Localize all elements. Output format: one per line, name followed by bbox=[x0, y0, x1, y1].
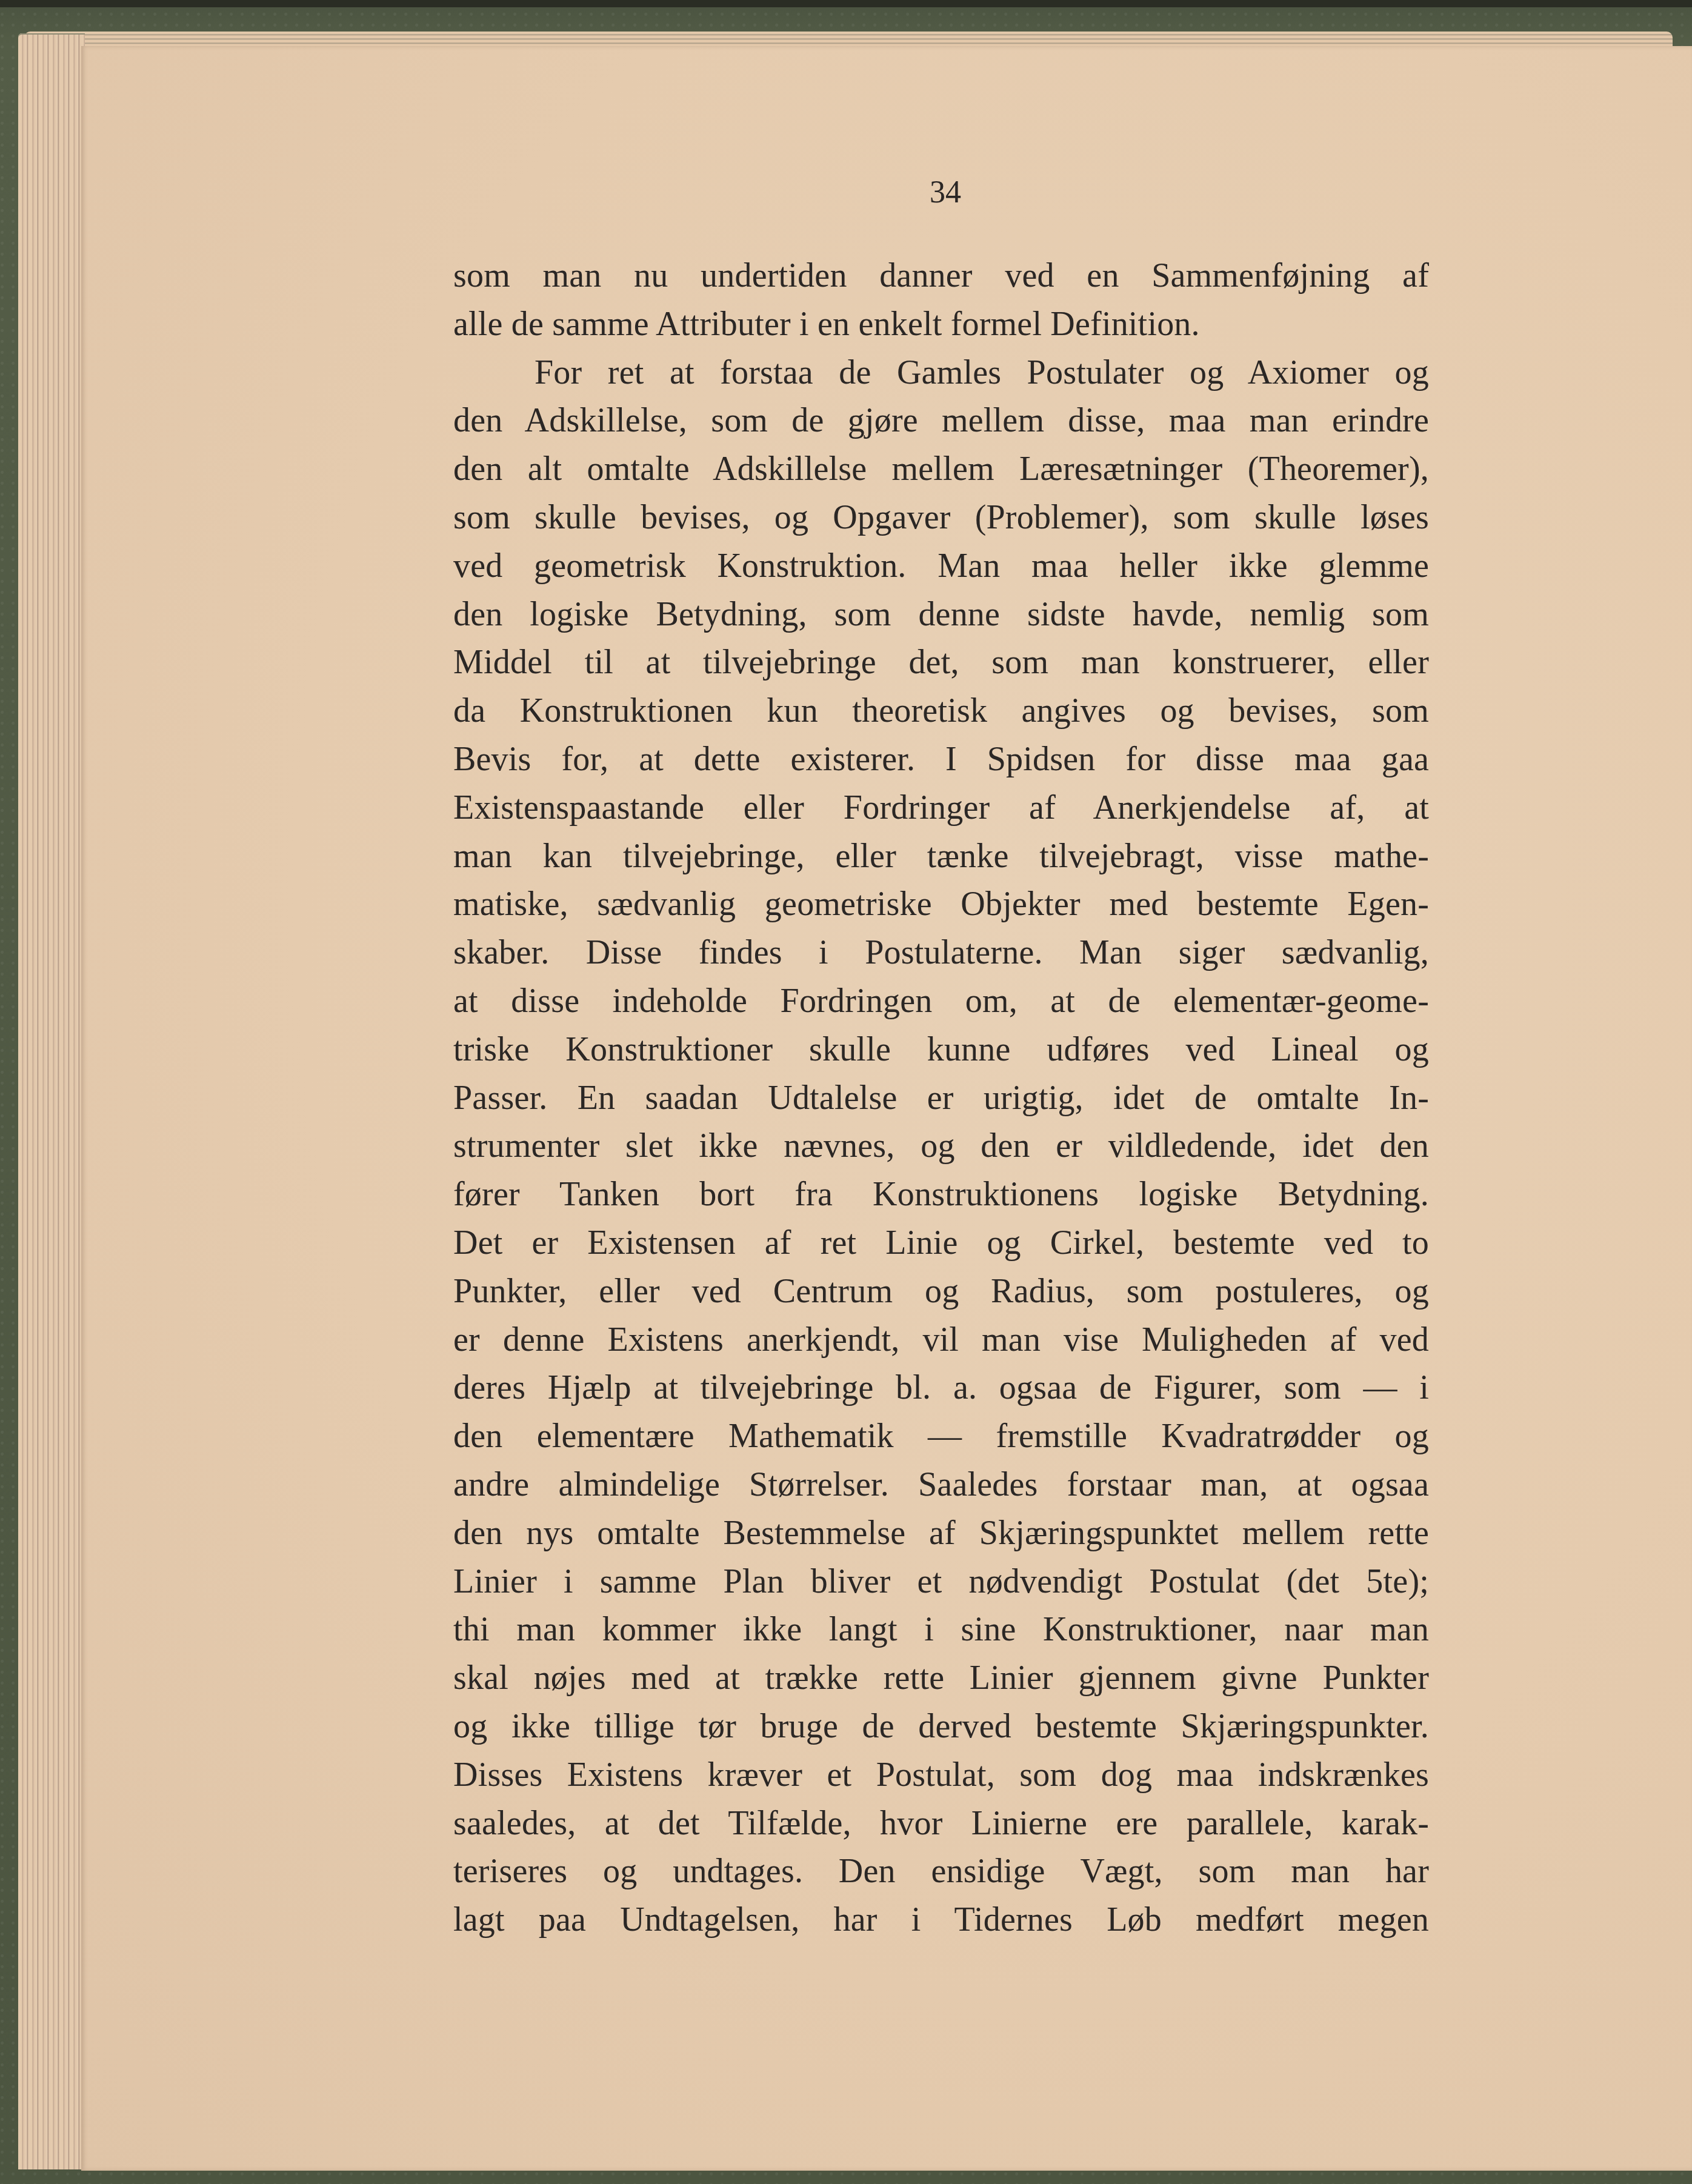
text-line: skal nøjes med at trække rette Linier gj… bbox=[453, 1654, 1429, 1703]
text-line: thi man kommer ikke langt i sine Konstru… bbox=[453, 1606, 1429, 1654]
text-line: Det er Existensen af ret Linie og Cirkel… bbox=[453, 1219, 1429, 1268]
text-line: matiske, sædvanlig geometriske Objekter … bbox=[453, 881, 1429, 929]
text-line: andre almindelige Størrelser. Saaledes f… bbox=[453, 1461, 1429, 1510]
page-number: 34 bbox=[930, 177, 958, 208]
text-line: skaber. Disse findes i Postulaterne. Man… bbox=[453, 929, 1429, 977]
text-line: Existenspaastande eller Fordringer af An… bbox=[453, 784, 1429, 833]
text-line: ved geometrisk Konstruktion. Man maa hel… bbox=[453, 542, 1429, 591]
text-line: som skulle bevises, og Opgaver (Probleme… bbox=[453, 494, 1429, 542]
text-line: Disses Existens kræver et Postulat, som … bbox=[453, 1751, 1429, 1800]
text-line: teriseres og undtages. Den ensidige Vægt… bbox=[453, 1848, 1429, 1896]
text-line-paragraph-start: For ret at forstaa de Gamles Postulater … bbox=[453, 349, 1429, 398]
text-line: deres Hjælp at tilvejebringe bl. a. ogsa… bbox=[453, 1364, 1429, 1413]
book-page: 34 som man nu undertiden danner ved en S… bbox=[81, 46, 1692, 2171]
text-line: den logiske Betydning, som denne sidste … bbox=[453, 591, 1429, 639]
text-line: som man nu undertiden danner ved en Samm… bbox=[453, 252, 1429, 301]
text-line: og ikke tillige tør bruge de derved best… bbox=[453, 1703, 1429, 1751]
text-line: lagt paa Undtagelsen, har i Tidernes Løb… bbox=[453, 1896, 1429, 1945]
text-line: den elementære Mathematik — fremstille K… bbox=[453, 1413, 1429, 1461]
page-stack-top-edge bbox=[24, 32, 1673, 47]
text-line: den nys omtalte Bestemmelse af Skjærings… bbox=[453, 1510, 1429, 1558]
text-line: at disse indeholde Fordringen om, at de … bbox=[453, 977, 1429, 1026]
text-line: den alt omtalte Adskillelse mellem Læres… bbox=[453, 445, 1429, 494]
cover-edge bbox=[0, 0, 1692, 7]
text-line: strumenter slet ikke nævnes, og den er v… bbox=[453, 1122, 1429, 1171]
body-text: som man nu undertiden danner ved en Samm… bbox=[453, 252, 1429, 1945]
text-line: man kan tilvejebringe, eller tænke tilve… bbox=[453, 833, 1429, 881]
text-line: er denne Existens anerkjendt, vil man vi… bbox=[453, 1316, 1429, 1365]
text-line: Passer. En saadan Udtalelse er urigtig, … bbox=[453, 1074, 1429, 1123]
text-line: triske Konstruktioner skulle kunne udfør… bbox=[453, 1026, 1429, 1074]
text-line: Linier i samme Plan bliver et nødvendigt… bbox=[453, 1558, 1429, 1606]
text-line: alle de samme Attributer i en enkelt for… bbox=[453, 301, 1429, 349]
text-line: den Adskillelse, som de gjøre mellem dis… bbox=[453, 397, 1429, 445]
page-stack-left-edge bbox=[18, 33, 85, 2169]
text-line: da Konstruktionen kun theoretisk angives… bbox=[453, 687, 1429, 736]
text-line: saaledes, at det Tilfælde, hvor Linierne… bbox=[453, 1800, 1429, 1848]
text-line: Punkter, eller ved Centrum og Radius, so… bbox=[453, 1268, 1429, 1316]
text-line: Middel til at tilvejebringe det, som man… bbox=[453, 639, 1429, 687]
text-line: Bevis for, at dette existerer. I Spidsen… bbox=[453, 736, 1429, 784]
text-line: fører Tanken bort fra Konstruktionens lo… bbox=[453, 1171, 1429, 1219]
